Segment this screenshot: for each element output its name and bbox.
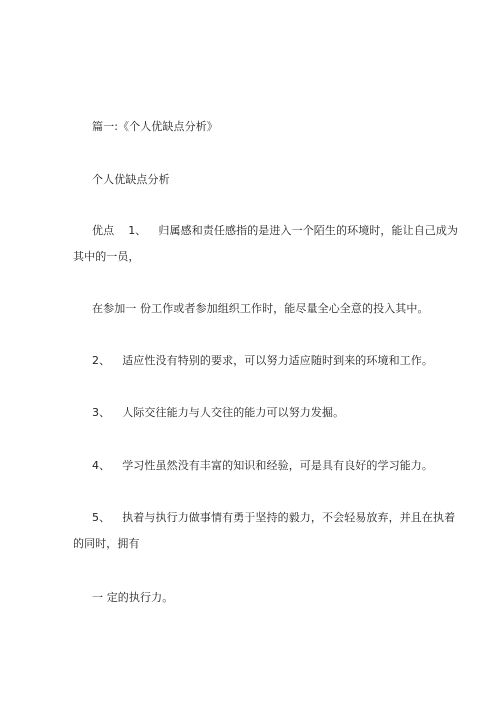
- paragraph-strength-4: 4、学习性虽然没有丰富的知识和经验，可是具有良好的学习能力。: [92, 459, 433, 473]
- strengths-label: 优点: [92, 224, 114, 237]
- item-text-2: 适应性没有特别的要求，可以努力适应随时到来的环境和工作。: [122, 354, 433, 367]
- item-text-3: 人际交往能力与人交往的能力可以努力发掘。: [122, 406, 344, 419]
- paragraph-strength-3: 3、人际交往能力与人交往的能力可以努力发掘。: [92, 406, 344, 420]
- paragraph-participation: 在参加一 份工作或者参加组织工作时，能尽量全心全意的投入其中。: [92, 302, 429, 316]
- paragraph-strength-1-line-2: 其中的一员，: [73, 250, 140, 264]
- item-number-5: 5、: [92, 511, 110, 524]
- item-number-2: 2、: [92, 354, 110, 367]
- item-number-3: 3、: [92, 406, 110, 419]
- paragraph-strength-5-line-1: 5、执着与执行力做事情有勇于坚持的毅力，不会轻易放弃，并且在执着: [92, 511, 455, 525]
- item-text-5: 执着与执行力做事情有勇于坚持的毅力，不会轻易放弃，并且在执着: [122, 511, 455, 524]
- item-text-1: 归属感和责任感指的是进入一个陌生的环境时，能让自己成为: [158, 224, 458, 237]
- paragraph-execution: 一 定的执行力。: [92, 591, 173, 605]
- item-text-4: 学习性虽然没有丰富的知识和经验，可是具有良好的学习能力。: [122, 459, 433, 472]
- paragraph-strength-5-line-2: 的同时，拥有: [73, 537, 140, 551]
- paragraph-strength-1-line-1: 优点1、归属感和责任感指的是进入一个陌生的环境时，能让自己成为: [92, 224, 458, 238]
- document-page: 篇一:《个人优缺点分析》 个人优缺点分析 优点1、归属感和责任感指的是进入一个陌…: [0, 0, 500, 707]
- document-title: 篇一:《个人优缺点分析》: [92, 120, 218, 134]
- item-number-1: 1、: [128, 224, 146, 237]
- item-number-4: 4、: [92, 459, 110, 472]
- paragraph-strength-2: 2、适应性没有特别的要求，可以努力适应随时到来的环境和工作。: [92, 354, 433, 368]
- document-subtitle: 个人优缺点分析: [92, 173, 170, 187]
